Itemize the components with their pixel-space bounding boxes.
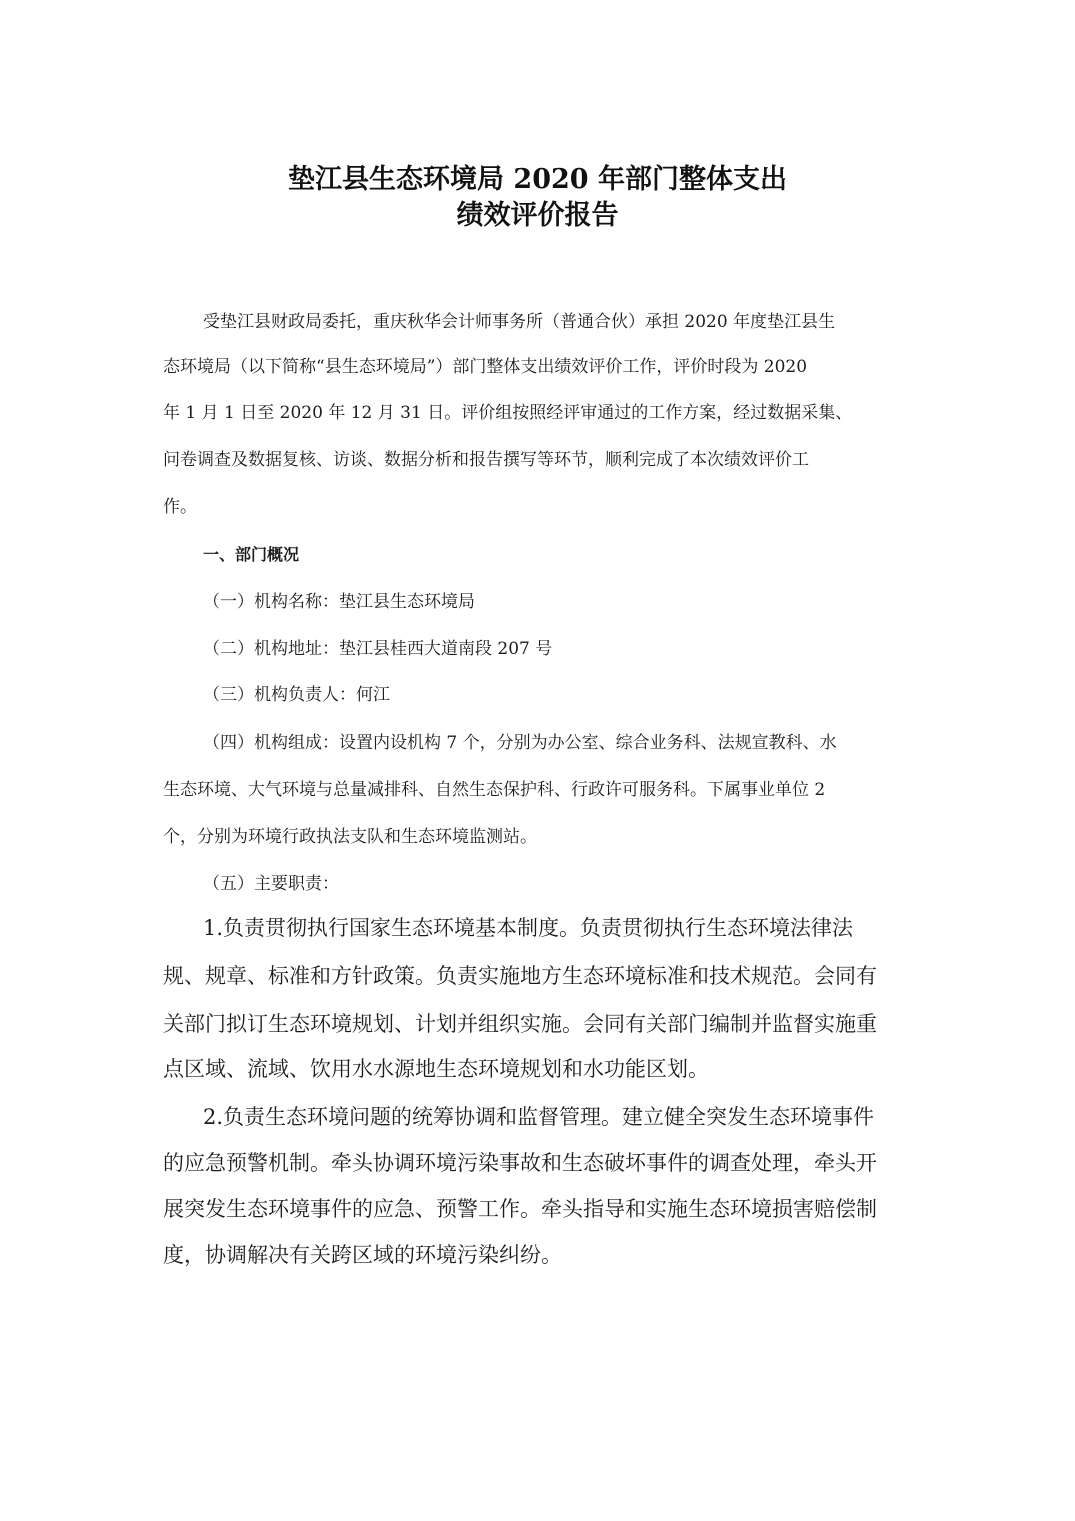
duty-2-line-4: 度，协调解决有关跨区域的环境污染纠纷。: [163, 1241, 562, 1269]
item-composition-line-1: （四）机构组成：设置内设机构 7 个，分别为办公室、综合业务科、法规宣教科、水: [203, 732, 837, 754]
duty-1-line-2: 规、规章、标准和方针政策。负责实施地方生态环境标准和技术规范。会同有: [163, 962, 877, 990]
intro-line-5: 作。: [163, 496, 197, 518]
document-page: 垫江县生态环境局 2020 年部门整体支出 绩效评价报告 受垫江县财政局委托，重…: [0, 0, 1075, 1521]
intro-line-1: 受垫江县财政局委托，重庆秋华会计师事务所（普通合伙）承担 2020 年度垫江县生: [203, 311, 835, 333]
section-heading-department-overview: 一、部门概况: [203, 544, 299, 566]
duty-1-line-1: 1.负责贯彻执行国家生态环境基本制度。负责贯彻执行生态环境法律法: [203, 914, 853, 942]
intro-line-3: 年 1 月 1 日至 2020 年 12 月 31 日。评价组按照经评审通过的工…: [163, 402, 852, 424]
item-composition-line-3: 个，分别为环境行政执法支队和生态环境监测站。: [163, 826, 537, 848]
duty-2-line-2: 的应急预警机制。牵头协调环境污染事故和生态破坏事件的调查处理，牵头开: [163, 1149, 877, 1177]
intro-line-2: 态环境局（以下简称“县生态环境局”）部门整体支出绩效评价工作，评价时段为 202…: [163, 356, 807, 378]
intro-line-4: 问卷调查及数据复核、访谈、数据分析和报告撰写等环节，顺利完成了本次绩效评价工: [163, 449, 809, 471]
item-institution-name: （一）机构名称：垫江县生态环境局: [203, 591, 475, 613]
item-main-duties-label: （五）主要职责：: [203, 873, 339, 895]
item-composition-line-2: 生态环境、大气环境与总量减排科、自然生态保护科、行政许可服务科。下属事业单位 2: [163, 779, 825, 801]
document-title-line-2: 绩效评价报告: [0, 199, 1075, 233]
duty-2-line-1: 2.负责生态环境问题的统筹协调和监督管理。建立健全突发生态环境事件: [203, 1103, 874, 1131]
duty-2-line-3: 展突发生态环境事件的应急、预警工作。牵头指导和实施生态环境损害赔偿制: [163, 1195, 877, 1223]
duty-1-line-3: 关部门拟订生态环境规划、计划并组织实施。会同有关部门编制并监督实施重: [163, 1010, 877, 1038]
duty-1-line-4: 点区域、流域、饮用水水源地生态环境规划和水功能区划。: [163, 1055, 709, 1083]
document-title-line-1: 垫江县生态环境局 2020 年部门整体支出: [0, 163, 1075, 197]
item-institution-head: （三）机构负责人：何江: [203, 684, 390, 706]
item-institution-address: （二）机构地址：垫江县桂西大道南段 207 号: [203, 638, 552, 660]
